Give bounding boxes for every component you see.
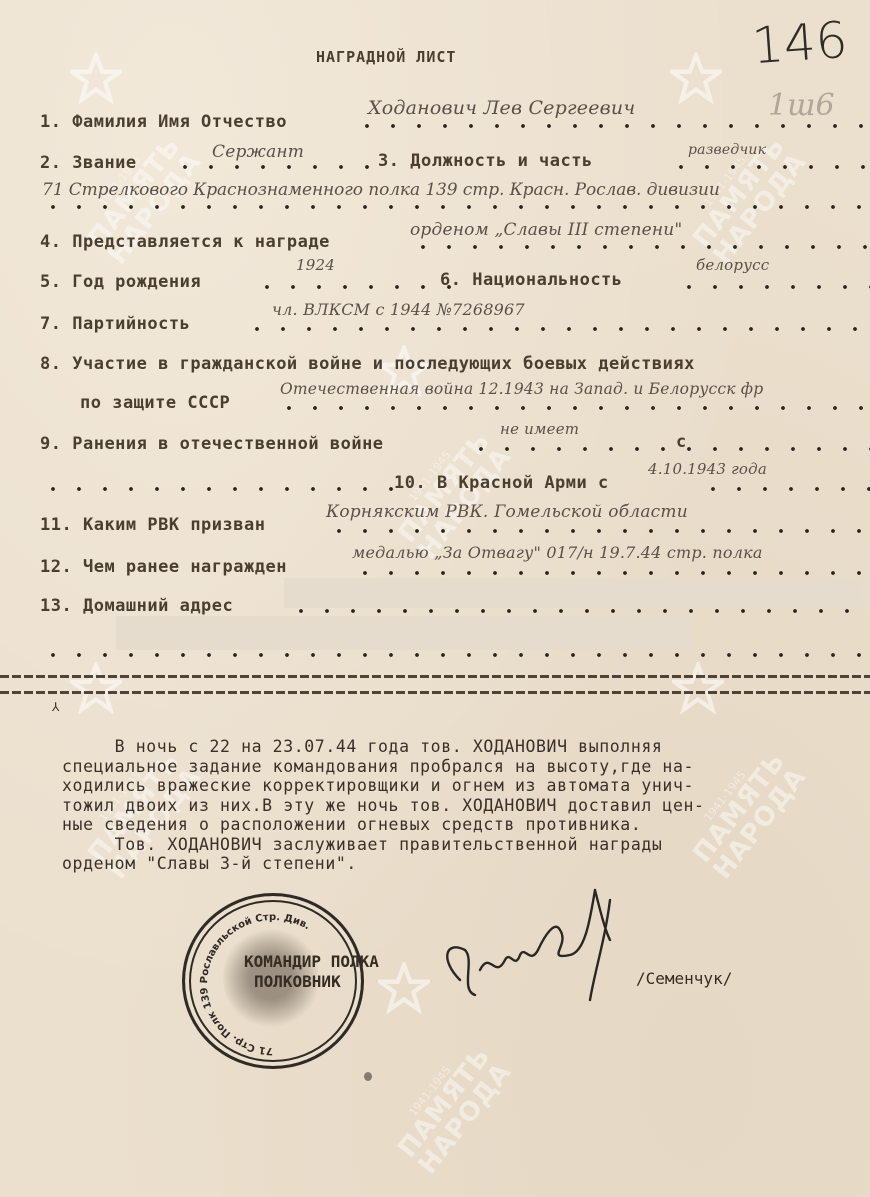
field-12-value: медалью „За Отвагу" 017/н 19.7.44 стр. п… [352,543,763,562]
field-2-label: 2. Звание [40,153,137,173]
ink-spot [364,1072,372,1081]
field-3-value: разведчик [688,142,766,158]
field-13-label: 13. Домашний адрес [40,596,233,616]
dotted-line [276,405,870,411]
field-8-label-line2: по защите СССР [80,393,230,413]
dotted-line [354,123,870,129]
narrative-line: ходились вражеские корректировщики и огн… [62,776,862,796]
field-3-unit-value: 71 Стрелкового Краснознаменного полка 13… [42,180,720,200]
star-watermark-icon [70,52,122,104]
sheet-number: 146 [750,11,849,76]
field-8-value: Отечественная война 12.1943 на Запад. и … [280,380,763,398]
field-9-label: 9. Ранения в отечественной войне [40,434,384,454]
field-5-label: 5. Год рождения [40,272,201,292]
dotted-line [352,570,870,576]
dotted-line [40,486,404,492]
field-12-label: 12. Чем ранее награжден [40,557,287,577]
dotted-line [244,326,870,332]
tear-mark: ⅄ [52,700,59,714]
redacted-address-line-1 [284,578,862,608]
field-4-value: орденом „Славы III степени" [410,220,682,240]
field-7-label: 7. Партийность [40,314,190,334]
dotted-line [326,528,870,534]
redacted-address-line-2 [116,616,690,650]
document-title: НАГРАДНОЙ ЛИСТ [316,48,456,66]
field-8-label: 8. Участие в гражданской войне и последу… [40,354,695,374]
section-divider [0,675,870,678]
field-2-value: Сержант [212,142,304,162]
dotted-line [40,652,870,658]
star-watermark-icon [672,662,724,714]
star-watermark-icon [670,52,722,104]
field-1-value: Ходанович Лев Сергеевич [368,97,635,119]
section-divider [0,691,870,694]
narrative-line: тожил двоих из них.В эту же ночь тов. ХО… [62,796,862,816]
narrative-line: В ночь с 22 на 23.07.44 года тов. ХОДАНО… [62,737,862,757]
narrative-line: ные сведения о расположении огневых сред… [62,815,862,835]
signatory-rank: ПОЛКОВНИК [254,972,341,991]
field-4-label: 4. Представляется к награде [40,232,330,252]
star-watermark-icon [70,662,122,714]
signatory-role: КОМАНДИР ПОЛКА [244,952,379,971]
narrative-line: Тов. ХОДАНОВИЧ заслуживает правительстве… [62,835,862,855]
dotted-line [410,244,870,250]
narrative-text: В ночь с 22 на 23.07.44 года тов. ХОДАНО… [62,737,862,874]
field-5-value: 1924 [296,256,335,274]
dotted-line [288,608,870,614]
field-11-label: 11. Каким РВК призван [40,515,265,535]
field-10-value: 4.10.1943 года [648,460,767,478]
field-6-label: 6. Национальность [440,270,623,290]
field-7-value: чл. ВЛКСМ с 1944 №7268967 [272,300,525,319]
field-9-value: не имеет [500,420,579,438]
field-10-label: 10. В Красной Арми с [394,473,609,493]
signatory-name: /Семенчук/ [636,969,732,988]
narrative-line: специальное задание командования пробрал… [62,757,862,777]
dotted-line [40,204,870,210]
dotted-line [468,446,870,452]
handwritten-signature [420,860,660,1020]
dotted-line [254,284,454,290]
field-11-value: Корнякским РВК. Гомельской области [326,502,688,522]
dotted-line [668,164,870,170]
dotted-line [172,164,370,170]
field-3-label: 3. Должность и часть [378,151,593,171]
sheet-number-faded: 1ɯ6 [768,88,835,123]
field-6-value: белорусс [696,256,769,274]
dotted-line [676,284,870,290]
dotted-line [700,486,870,492]
field-1-label: 1. Фамилия Имя Отчество [40,112,287,132]
